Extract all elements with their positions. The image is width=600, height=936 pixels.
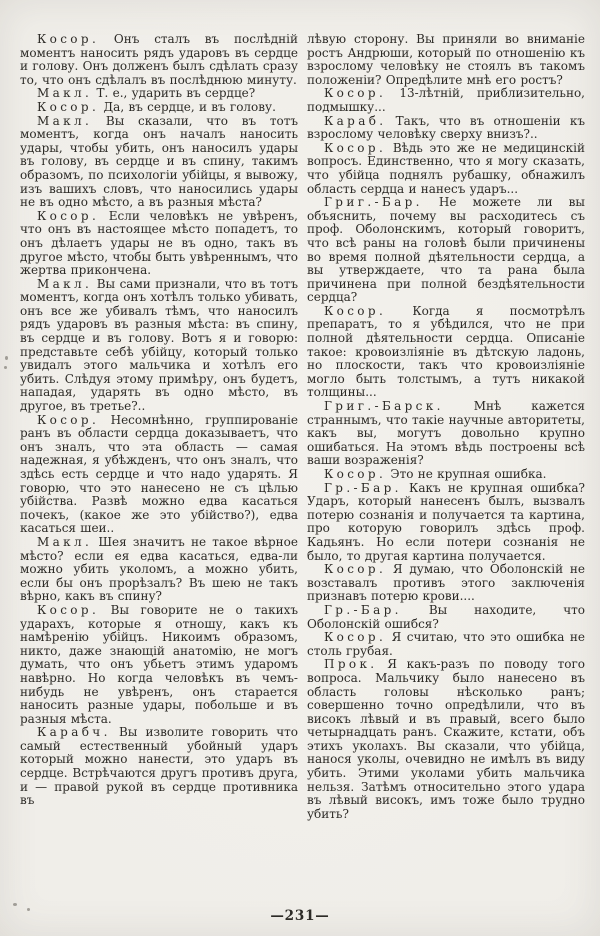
dialogue-paragraph: Косор. Вѣдь это же не медицинскій вопрос… bbox=[307, 142, 585, 196]
speaker-label: Макл. bbox=[37, 86, 92, 100]
dialogue-paragraph: Гр.-Бар. Вы находите, что Оболонскій оши… bbox=[307, 604, 585, 631]
dialogue-paragraph: Григ.-Бар. Не можете ли вы объяснить, по… bbox=[307, 196, 585, 305]
dialogue-paragraph: Григ.-Барск. Мнѣ кажется страннымъ, что … bbox=[307, 400, 585, 468]
dialogue-paragraph: Косор. Вы говорите не о такихъ ударахъ, … bbox=[20, 604, 298, 726]
dialogue-paragraph: Макл. Т. е., ударить въ сердце? bbox=[20, 87, 298, 101]
speaker-label: Макл. bbox=[37, 114, 92, 128]
dialogue-paragraph: Косор. Когда я посмотрѣлъ препаратъ, то … bbox=[307, 305, 585, 400]
dialogue-paragraph: Карабч. Вы изволите говорить что самый е… bbox=[20, 726, 298, 808]
speaker-label: Косор. bbox=[37, 413, 99, 427]
speaker-label: Косор. bbox=[324, 630, 386, 644]
speaker-label: Макл. bbox=[37, 535, 92, 549]
dialogue-paragraph: Гр.-Бар. Какъ не крупная ошибка? Ударъ, … bbox=[307, 482, 585, 564]
dialogue-paragraph: лѣвую сторону. Вы приняли во вниманіе ро… bbox=[307, 33, 585, 87]
speaker-label: Гр.-Бар. bbox=[324, 603, 402, 617]
speaker-label: Прок. bbox=[324, 657, 378, 671]
dialogue-paragraph: Косор. Несомнѣнно, группированіе ранъ въ… bbox=[20, 414, 298, 536]
dialogue-paragraph: Косор. Это не крупная ошибка. bbox=[307, 468, 585, 482]
dialogue-paragraph: Косор. Да, въ сердце, и въ голову. bbox=[20, 101, 298, 115]
right-column: лѣвую сторону. Вы приняли во вниманіе ро… bbox=[307, 33, 585, 901]
speaker-label: Косор. bbox=[324, 562, 386, 576]
scanned-document-page: Косор. Онъ сталъ въ послѣдній моментъ на… bbox=[0, 0, 600, 936]
speaker-label: Косор. bbox=[37, 33, 99, 46]
speaker-label: Косор. bbox=[37, 100, 99, 114]
scan-speck bbox=[4, 366, 7, 369]
left-column: Косор. Онъ сталъ въ послѣдній моментъ на… bbox=[20, 33, 298, 901]
speaker-label: Косор. bbox=[324, 467, 386, 481]
speaker-label: Карабч. bbox=[37, 725, 111, 739]
speaker-label: Григ.-Бар. bbox=[324, 195, 423, 209]
dialogue-paragraph: Прок. Я какъ-разъ по поводу того вопроса… bbox=[307, 658, 585, 821]
speaker-label: Караб. bbox=[324, 114, 386, 128]
speaker-label: Макл. bbox=[37, 277, 92, 291]
dialogue-paragraph: Макл. Вы сказали, что въ тотъ моментъ, к… bbox=[20, 115, 298, 210]
dialogue-paragraph: Косор. Я думаю, что Оболонскій не возста… bbox=[307, 563, 585, 604]
speaker-label: Григ.-Барск. bbox=[324, 399, 444, 413]
text-columns: Косор. Онъ сталъ въ послѣдній моментъ на… bbox=[20, 33, 586, 901]
dialogue-paragraph: Макл. Вы сами признали, что въ тотъ моме… bbox=[20, 278, 298, 414]
speaker-label: Косор. bbox=[324, 86, 386, 100]
dialogue-paragraph: Караб. Такъ, что въ отношеніи къ взросло… bbox=[307, 115, 585, 142]
page-number: —231— bbox=[0, 908, 600, 924]
dialogue-paragraph: Косор. Я считаю, что это ошибка не столь… bbox=[307, 631, 585, 658]
speaker-label: Гр.-Бар. bbox=[324, 481, 402, 495]
scan-speck bbox=[5, 356, 8, 360]
speaker-label: Косор. bbox=[37, 603, 99, 617]
dialogue-paragraph: Косор. 13-лѣтній, приблизительно, подмыш… bbox=[307, 87, 585, 114]
speaker-label: Косор. bbox=[324, 141, 386, 155]
dialogue-paragraph: Косор. Если человѣкъ не увѣренъ, что онъ… bbox=[20, 210, 298, 278]
dialogue-paragraph: Косор. Онъ сталъ въ послѣдній моментъ на… bbox=[20, 33, 298, 87]
speaker-label: Косор. bbox=[37, 209, 99, 223]
speaker-label: Косор. bbox=[324, 304, 386, 318]
dialogue-paragraph: Макл. Шея значитъ не такое вѣрное мѣсто?… bbox=[20, 536, 298, 604]
scan-speck bbox=[13, 903, 17, 906]
